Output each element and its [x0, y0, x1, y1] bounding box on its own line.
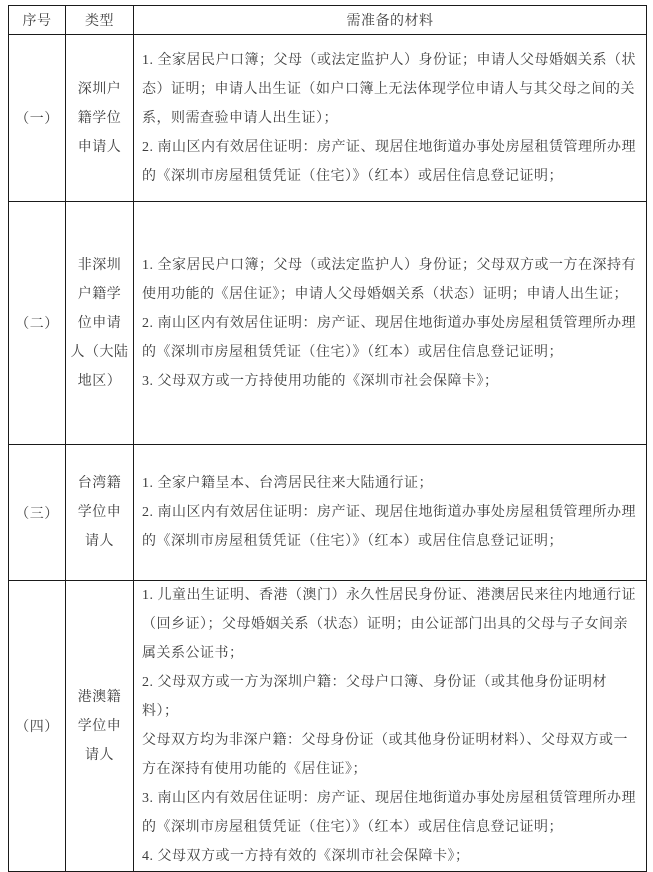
- material-item: 1. 儿童出生证明、香港（澳门）永久性居民身份证、港澳居民来往内地通行证 （回乡…: [142, 581, 640, 668]
- materials-cell: 1. 全家居民户口簿；父母（或法定监护人）身份证；父母双方或一方在深持有 使用功…: [134, 202, 647, 445]
- material-item: 1. 全家居民户口簿；父母（或法定监护人）身份证；申请人父母婚姻关系（状 态）证…: [142, 46, 640, 133]
- material-item: 3. 南山区内有效居住证明：房产证、现居住地街道办事处房屋租赁管理所办理 的《深…: [142, 784, 640, 842]
- material-item: 2. 父母双方或一方为深圳户籍：父母户口簿、身份证（或其他身份证明材料）； 父母…: [142, 668, 640, 784]
- header-index: 序号: [9, 6, 66, 35]
- material-item: 2. 南山区内有效居住证明：房产证、现居住地街道办事处房屋租赁管理所办理 的《深…: [142, 133, 640, 191]
- application-materials-table: 序号 类型 需准备的材料 （一） 深圳户 籍学位 申请人 1. 全家居民户口簿；…: [8, 5, 647, 872]
- table-row: （四） 港澳籍 学位申 请人 1. 儿童出生证明、香港（澳门）永久性居民身份证、…: [9, 581, 647, 872]
- row-index-cell: （一）: [9, 35, 66, 202]
- table-row: （一） 深圳户 籍学位 申请人 1. 全家居民户口簿；父母（或法定监护人）身份证…: [9, 35, 647, 202]
- materials-cell: 1. 儿童出生证明、香港（澳门）永久性居民身份证、港澳居民来往内地通行证 （回乡…: [134, 581, 647, 872]
- row-type-cell: 深圳户 籍学位 申请人: [66, 35, 134, 202]
- row-index-cell: （三）: [9, 445, 66, 581]
- table-row: （三） 台湾籍 学位申 请人 1. 全家户籍呈本、台湾居民往来大陆通行证； 2.…: [9, 445, 647, 581]
- material-item: 1. 全家户籍呈本、台湾居民往来大陆通行证；: [142, 469, 640, 498]
- row-index-cell: （二）: [9, 202, 66, 445]
- table-row: （二） 非深圳 户籍学 位申请 人（大陆 地区） 1. 全家居民户口簿；父母（或…: [9, 202, 647, 445]
- materials-cell: 1. 全家居民户口簿；父母（或法定监护人）身份证；申请人父母婚姻关系（状 态）证…: [134, 35, 647, 202]
- document-page: 序号 类型 需准备的材料 （一） 深圳户 籍学位 申请人 1. 全家居民户口簿；…: [0, 0, 653, 854]
- material-item: 2. 南山区内有效居住证明：房产证、现居住地街道办事处房屋租赁管理所办理 的《深…: [142, 309, 640, 367]
- table-header-row: 序号 类型 需准备的材料: [9, 6, 647, 35]
- row-type-cell: 非深圳 户籍学 位申请 人（大陆 地区）: [66, 202, 134, 445]
- header-type: 类型: [66, 6, 134, 35]
- row-type-cell: 台湾籍 学位申 请人: [66, 445, 134, 581]
- header-materials: 需准备的材料: [134, 6, 647, 35]
- row-index-cell: （四）: [9, 581, 66, 872]
- material-item: 2. 南山区内有效居住证明：房产证、现居住地街道办事处房屋租赁管理所办理 的《深…: [142, 498, 640, 556]
- material-item: 1. 全家居民户口簿；父母（或法定监护人）身份证；父母双方或一方在深持有 使用功…: [142, 251, 640, 309]
- material-item: 3. 父母双方或一方持使用功能的《深圳市社会保障卡》；: [142, 367, 640, 396]
- materials-cell: 1. 全家户籍呈本、台湾居民往来大陆通行证； 2. 南山区内有效居住证明：房产证…: [134, 445, 647, 581]
- row-type-cell: 港澳籍 学位申 请人: [66, 581, 134, 872]
- material-item: 4. 父母双方或一方持有效的《深圳市社会保障卡》；: [142, 842, 640, 871]
